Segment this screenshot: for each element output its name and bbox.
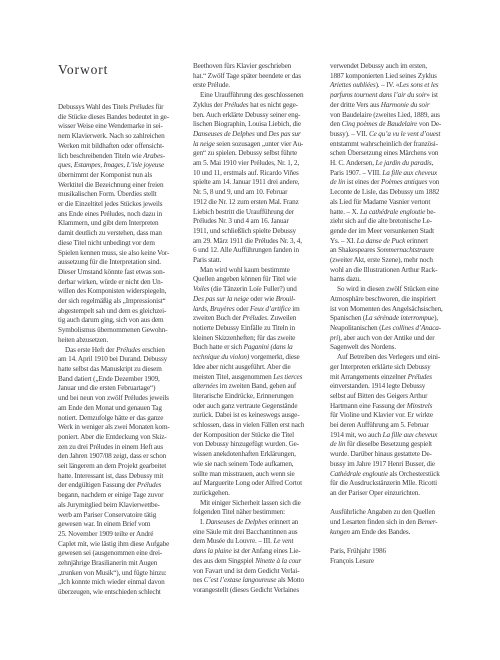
italic-text: Cinq poèmes de Baudelaire (342, 120, 418, 128)
italic-text: Bemer- (417, 518, 437, 526)
italic-text: de lin (330, 440, 345, 448)
text-line: Atmosphäre beschworen, die inspiriert (330, 295, 462, 305)
text-line: gewesen war. In einem Brief vom (58, 520, 188, 530)
text-line: von Favart und ist dem Gedicht Verlai- (193, 567, 323, 577)
italic-text: pri (330, 334, 338, 342)
text-line: der dritte Vers aus Harmonie du soir (330, 101, 462, 111)
text-line: lich beschreibenden Titeln wie Arabes- (58, 152, 188, 162)
text-line: oder auch ganz vertraute Gegenstände (193, 402, 323, 412)
italic-text: Préludes (116, 346, 140, 354)
text-line: am 29. März 1911 die Préludes Nr. 3, 4, (193, 237, 323, 247)
text-line: dans la plaine ist der Anfang eines Lie- (193, 547, 323, 557)
text-line: begann, nachdem er einige Tage zuvor (58, 491, 188, 501)
italic-text: La danse de Puck (357, 237, 406, 245)
italic-text: la neige (193, 140, 215, 148)
italic-text: Poèmes antiques (381, 178, 427, 186)
text-line: Werken mit bildhaften oder offensicht- (58, 142, 188, 152)
text-line: überzeugen, wie entschieden schlecht (58, 588, 188, 598)
italic-text: Harmonie du soir (381, 101, 430, 109)
italic-text: Danseuses de Delphes (193, 130, 255, 138)
text-line: von Baudelaire (zweites Lied, 1889, aus (330, 111, 462, 121)
italic-text: Les sons et les (399, 81, 438, 89)
text-line: zurückgehen. (193, 489, 323, 499)
text-line: als Lied für Madame Vasnier vertont (330, 198, 462, 208)
text-line: Paris statt. (193, 256, 323, 266)
italic-text: ques, Estampes, Images, L’isle joyeuse (58, 161, 164, 169)
italic-text: parfums tournent dans l’air du soir (330, 91, 426, 99)
text-line: willen des Komponisten widerspiegeln, (58, 287, 188, 297)
text-line: 1914 mit, wo auch La fille aux cheveux (330, 431, 462, 441)
text-line: ger Interpreten erklärte sich Debussy (330, 363, 462, 373)
text-line: Paris 1907. – VIII. La fille aux cheveux (330, 169, 462, 179)
text-line: den Cinq poèmes de Baudelaire von De- (330, 120, 462, 130)
text-line: zehnjährige Brasilianerin mit Augen (58, 559, 188, 569)
text-line: folgenden Titel näher bestimmen: (193, 508, 323, 518)
text-line: seit längerem an dem Projekt gearbeitet (58, 462, 188, 472)
text-column-2: Beethoven fürs Klavier geschriebenhat.“ … (193, 62, 323, 596)
text-line: verwendet Debussy auch im ersten, (330, 62, 462, 72)
text-line: 1887 komponierten Lied seines Zyklus (330, 72, 462, 82)
text-line: werb am Pariser Conservatoire tätig (58, 511, 188, 521)
text-line: lards, Bruyères oder Feux d’artifice im (193, 305, 323, 315)
italic-text: Brouil- (276, 295, 295, 303)
text-line: Liebich bestritt die Uraufführung der (193, 208, 323, 218)
italic-text: Cathédrale engloutie (330, 470, 388, 478)
italic-text: alternées (193, 382, 218, 390)
italic-text: Préludes (137, 481, 161, 489)
italic-text: La cathédrale engloutie (360, 208, 425, 216)
italic-text: La sérénade interrompue (365, 314, 434, 322)
text-line: Ys. – XI. La danse de Puck erinnert (330, 237, 462, 247)
text-line: auf Marguerite Long oder Alfred Cortot (193, 479, 323, 489)
text-line: wohl an die Illustrationen Arthur Rack- (330, 266, 462, 276)
text-line: der Komposition der Stücke die Titel (193, 431, 323, 441)
text-line: wissen anekdotenhaften Erklärungen, (193, 450, 323, 460)
text-line: Werktitel die Bezeichnung einer freien (58, 181, 188, 191)
text-line: Eine Uraufführung des geschlossenen (193, 91, 323, 101)
text-line: meisten Titel, ausgenommen Les tierces (193, 373, 323, 383)
text-line: am 5. Mai 1910 vier Préludes, Nr. 1, 2, (193, 159, 323, 169)
page-title: Vorwort (58, 62, 188, 78)
italic-text: Paganini (dans la (244, 343, 293, 351)
italic-text: Feux d’artifice (250, 305, 291, 313)
text-line: wisser Weise eine Wendemarke in sei- (58, 122, 188, 132)
text-line: dem Musée du Louvre. – III. Le vent (193, 537, 323, 547)
text-line: Hartmann eine Fassung der Minstrels (330, 402, 462, 412)
text-line: Ariettes oubliées). – IV. «Les sons et l… (330, 81, 462, 91)
text-line: eine Säule mit drei Bacchantinnen aus (193, 528, 323, 538)
italic-text: C’est l’extase langoureuse (204, 576, 276, 584)
italic-text: Voiles (193, 285, 209, 293)
italic-text: Préludes (408, 373, 432, 381)
italic-text: Les tierces (273, 373, 302, 381)
text-line: Paris, Frühjahr 1986 (330, 547, 462, 557)
text-line: Zyklus der Préludes hat es nicht gege- (193, 101, 323, 111)
text-line: Préludes Nr. 3 und 4 am 16. Januar (193, 217, 323, 227)
text-line: des aus dem Singspiel Ninette à la cour (193, 557, 323, 567)
text-line: wie sie nach seinem Tode aufkamen, (193, 460, 323, 470)
text-line: Symbolismus übernommenen Gewohn- (58, 326, 188, 336)
text-line: 1912 die Nr. 12 zum ersten Mal. Franz (193, 198, 323, 208)
text-line: poniert. Aber die Entdeckung von Skiz- (58, 433, 188, 443)
text-line: Spanischen (La sérénade interrompue), (330, 314, 462, 324)
text-line: hat.“ Zwölf Tage später beendete er das (193, 72, 323, 82)
text-line: Januar und die ersten Februartage“) (58, 384, 188, 394)
italic-text: Ariettes oubliées (330, 81, 376, 89)
text-line: alternées im zweiten Band, gehen auf (193, 382, 323, 392)
italic-text: kungen (330, 528, 350, 536)
text-line: Dieser Umstand könnte fast etwas son- (58, 268, 188, 278)
text-line: schlossen, dass in vielen Fällen erst na… (193, 421, 323, 431)
text-line: Idee aber nicht ausgeführt. Aber die (193, 363, 323, 373)
text-line: kleinen Skizzenheften; für das zweite (193, 334, 323, 344)
text-line: Beethoven fürs Klavier geschrieben (193, 62, 323, 72)
text-column-3: verwendet Debussy auch im ersten,1887 ko… (330, 62, 462, 567)
text-line: er die Einzeltitel jedes Stückes jeweils (58, 200, 188, 210)
text-line: an Shakespeares Sommernachtstraum (330, 246, 462, 256)
italic-text: Préludes (129, 103, 153, 111)
text-line: hatte selbst das Manuskript zu diesem (58, 365, 188, 375)
text-line: gen“ zu spielen. Debussy selbst führte (193, 149, 323, 159)
italic-text: Préludes (224, 101, 248, 109)
text-line: am 14. April 1910 bei Durand. Debussy (58, 355, 188, 365)
text-line: abgestempelt sah und dem es gleichzei- (58, 307, 188, 317)
text-line: Mit einiger Sicherheit lassen sich die (193, 499, 323, 509)
italic-text: Les collines d’Anaca- (381, 324, 441, 332)
text-line: ist von Momenten des Angelsächsischen, (330, 305, 462, 315)
italic-text: technique du violon) (193, 353, 249, 361)
text-line: Das erste Heft der Préludes erschien (58, 346, 188, 356)
text-line: ben. Auch erklärte Debussy seiner eng- (193, 111, 323, 121)
text-line: aussetzung für die Interpretation sind. (58, 258, 188, 268)
text-line: zweiten Buch der Préludes. Zuweilen (193, 314, 323, 324)
text-line: Ausführliche Angaben zu den Quellen (330, 508, 462, 518)
text-line: und bei neun von zwölf Préludes jeweils (58, 394, 188, 404)
italic-text: Danseuses de Delphes (206, 518, 268, 526)
text-line: nes C’est l’extase langoureuse als Motto (193, 576, 323, 586)
text-line: 25. November 1909 teilte er André (58, 530, 188, 540)
text-line: Debussys Wahl des Titels Préludes für (58, 103, 188, 113)
text-line: I. Danseuses de Delphes erinnert an (193, 518, 323, 528)
text-line: kungen am Ende des Bandes. (330, 528, 462, 538)
text-line: wurde. Darüber hinaus gestattete De- (330, 450, 462, 460)
italic-text: Des pas sur (268, 130, 300, 138)
text-line: Spielen kennen muss, sie also keine Vor- (58, 249, 188, 259)
text-line: schen Übersetzung eines Märchens von (330, 149, 462, 159)
text-line: de lin ist eines der Poèmes antiques von (330, 178, 462, 188)
text-line: gende der im Meer versunkenen Stadt (330, 227, 462, 237)
text-line: an der Pariser Oper einzurichten. (330, 489, 462, 499)
text-line: erste Prélude. (193, 81, 323, 91)
text-line: Cathédrale engloutie als Orchesterstück (330, 470, 462, 480)
text-line: bussy im Jahre 1917 Henri Busser, die (330, 460, 462, 470)
text-line: hams dazu. (330, 275, 462, 285)
text-line: heiten abzusetzen. (58, 336, 188, 346)
text-line: technique du violon) vorgemerkt, diese (193, 353, 323, 363)
text-line: bei deren Aufführung am 5. Februar (330, 421, 462, 431)
text-line: pri), aber auch von der Antike und der (330, 334, 462, 344)
text-line: für die Ausdruckstänzerin Mlle. Ricotti (330, 479, 462, 489)
text-line: derbar wirken, würde er nicht den Un- (58, 278, 188, 288)
preface-page: Vorwort Debussys Wahl des Titels Prélude… (0, 0, 500, 660)
italic-text: dans la plaine (193, 547, 232, 555)
italic-text: Sommernachtstraum (377, 246, 434, 254)
text-line: gewesen sei (ausgenommen eine drei- (58, 549, 188, 559)
text-line: sollte man misstrauen, auch wenn sie (193, 470, 323, 480)
text-line: Sagenwelt des Nordens. (330, 343, 462, 353)
italic-text: de lin (330, 178, 345, 186)
text-line: lischen Biographin, Louisa Liebich, die (193, 120, 323, 130)
text-line: parfums tournent dans l’air du soir» ist (330, 91, 462, 101)
text-line: vorangestellt (dieses Gedicht Verlaines (193, 586, 323, 596)
text-line: Auf Betreiben des Verlegers und eini- (330, 353, 462, 363)
text-line (330, 499, 462, 509)
text-line: hatte. – X. La cathédrale engloutie be- (330, 208, 462, 218)
text-line: selbst auf Bitten des Geigers Arthur (330, 392, 462, 402)
column-1-lines: Debussys Wahl des Titels Préludes fürdie… (58, 103, 188, 598)
text-line: und Lesarten finden sich in den Bemer- (330, 518, 462, 528)
text-line: den Jahren 1907/08 zeigt, dass er schon (58, 452, 188, 462)
text-line: hatte. Interessant ist, dass Debussy mit (58, 472, 188, 482)
text-line: ques, Estampes, Images, L’isle joyeuse (58, 161, 188, 171)
text-line: Buch hatte er sich Paganini (dans la (193, 343, 323, 353)
text-line: 10 und 11, erstmals auf. Ricardo Viñes (193, 169, 323, 179)
text-line: der endgültigen Fassung der Préludes (58, 481, 188, 491)
text-line: la neige seien sozusagen „unter vier Au- (193, 140, 323, 150)
italic-text: Ce qu’a vu le vent d’ouest (369, 130, 440, 138)
text-line: Quellen angeben können für Titel wie (193, 275, 323, 285)
text-line: Neapolitanischen (Les collines d’Anaca- (330, 324, 462, 334)
text-line: von Debussy hinzugefügt wurden. Ge- (193, 440, 323, 450)
text-line: damit deutlich zu verstehen, dass man (58, 229, 188, 239)
italic-text: Minstrels (407, 402, 433, 410)
italic-text: Des pas sur la neige (193, 295, 249, 303)
text-line: 1911, und schließlich spielte Debussy (193, 227, 323, 237)
text-line: (zweiter Akt, erste Szene), mehr noch (330, 256, 462, 266)
text-line: 6 und 12. Alle Aufführungen fanden in (193, 246, 323, 256)
text-line: entstammt wahrscheinlich der französi- (330, 140, 462, 150)
text-line: am Ende den Monat und genauen Tag (58, 404, 188, 414)
text-line: Caplet mit, wie lästig ihm diese Aufgabe (58, 540, 188, 550)
text-line: als Jurymitglied beim Klavierwettbe- (58, 501, 188, 511)
italic-text: Arabes- (143, 152, 165, 160)
italic-text: La fille aux cheveux (383, 431, 438, 439)
text-line (330, 537, 462, 547)
text-line: notiert. Demzufolge hätte er das ganze (58, 414, 188, 424)
text-column-1: Vorwort Debussys Wahl des Titels Prélude… (58, 62, 188, 598)
text-line: spielte am 14. Januar 1911 drei andere, (193, 178, 323, 188)
text-line: mit Arrangements einzelner Préludes (330, 373, 462, 383)
text-line: ans Ende eines Préludes, noch dazu in (58, 210, 188, 220)
text-line: der sich regelmäßig als „Impressionist“ (58, 297, 188, 307)
italic-text: Le jardin du paradis (376, 159, 432, 167)
text-line: Nr. 5, 8 und 9, und am 10. Februar (193, 188, 323, 198)
text-line: Band datiert („Ende Dezember 1909, (58, 375, 188, 385)
text-line: literarische Eindrücke, Erinnerungen (193, 392, 323, 402)
text-line: François Lesure (330, 557, 462, 567)
text-line: H. C. Andersen, Le jardin du paradis, (330, 159, 462, 169)
italic-text: Ninette à la cour (255, 557, 301, 565)
text-line: Voiles (die Tänzerin Loïe Fuller?) und (193, 285, 323, 295)
text-line: de lin für dieselbe Besetzung gespielt (330, 440, 462, 450)
text-line: Werk in weniger als zwei Monaten kom- (58, 423, 188, 433)
text-line: „Ich konnte mich wieder einmal davon (58, 578, 188, 588)
text-line: zieht sich auf die alte bretonische Le- (330, 217, 462, 227)
text-line: Klammern, und gibt dem Interpreten (58, 219, 188, 229)
text-line: Danseuses de Delphes und Des pas sur (193, 130, 323, 140)
italic-text: lards, Bruyères (193, 305, 235, 313)
italic-text: Préludes (243, 314, 267, 322)
text-line: musikalischen Form. Überdies stellt (58, 190, 188, 200)
text-line: einverstanden. 1914 legte Debussy (330, 382, 462, 392)
text-line: Man wird wohl kaum bestimmte (193, 266, 323, 276)
text-line: für Violine und Klavier vor. Er wirkte (330, 411, 462, 421)
text-line: zurück. Dabei ist es keineswegs ausge- (193, 411, 323, 421)
text-line: zen zu drei Préludes in einem Heft aus (58, 443, 188, 453)
text-line: Leconte de Lisle, das Debussy um 1882 (330, 188, 462, 198)
italic-text: La fille aux cheveux (382, 169, 437, 177)
text-line: nem Klavierwerk. Nach so zahlreichen (58, 132, 188, 142)
text-line: übernimmt der Komponist nun als (58, 171, 188, 181)
text-line: „trunken von Musik“), und fügte hinzu: (58, 569, 188, 579)
text-line: diese Titel nicht unbedingt vor dem (58, 239, 188, 249)
text-line: bussy). – VII. Ce qu’a vu le vent d’oues… (330, 130, 462, 140)
text-line: die Stücke dieses Bandes bedeutet in ge- (58, 113, 188, 123)
text-line: So wird in diesen zwölf Stücken eine (330, 285, 462, 295)
italic-text: Le vent (273, 537, 293, 545)
text-line: notierte Debussy Einfälle zu Titeln in (193, 324, 323, 334)
text-line: Des pas sur la neige oder wie Brouil- (193, 295, 323, 305)
text-line: tig auch darum ging, sich von aus dem (58, 316, 188, 326)
